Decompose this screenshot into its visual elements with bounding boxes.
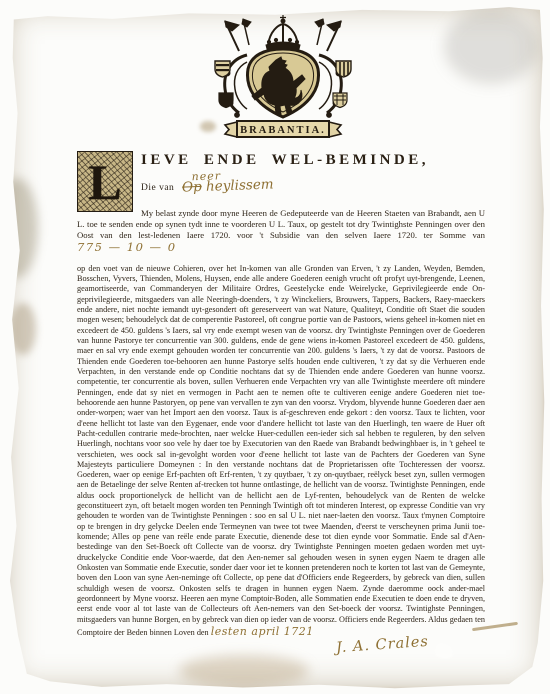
drop-cap-initial: L (77, 151, 133, 212)
paper-stain (0, 178, 38, 278)
photo-background: BRABANTIA. L IEVE ENDE WEL-BEMINDE, Die … (0, 0, 550, 694)
brabant-coat-of-arms: BRABANTIA. (203, 15, 363, 147)
paper-stain (179, 655, 309, 687)
paper-stain (10, 303, 36, 355)
salutation-handwriting: neer Op heylissem (181, 176, 273, 195)
intro-text: My belast zynde door myne Heeren de Gede… (77, 208, 485, 240)
paper-stain (444, 9, 539, 84)
handwritten-date: lesten april 1721 (211, 625, 314, 638)
drop-cap-letter: L (88, 157, 121, 207)
handwritten-sum: 775 — 10 — 0 (77, 240, 177, 254)
arms-banner-text: BRABANTIA. (240, 125, 326, 136)
salutation-line: Die van neer Op heylissem (77, 178, 485, 200)
body-text: op den voet van de nieuwe Cohieren, over… (77, 264, 485, 637)
paper-damage-spot (433, 642, 454, 661)
document-heading: IEVE ENDE WEL-BEMINDE, (77, 149, 485, 169)
text-block: L IEVE ENDE WEL-BEMINDE, Die van neer Op… (77, 149, 485, 639)
handwritten-insertion: neer (191, 169, 221, 183)
body-paragraph: op den voet van de nieuwe Cohieren, over… (77, 264, 485, 639)
coat-of-arms-woodcut-icon: BRABANTIA. (203, 15, 363, 147)
intro-paragraph: My belast zynde door myne Heeren de Gede… (77, 208, 485, 255)
salutation-printed: Die van (141, 183, 174, 193)
document-paper: BRABANTIA. L IEVE ENDE WEL-BEMINDE, Die … (4, 3, 547, 691)
